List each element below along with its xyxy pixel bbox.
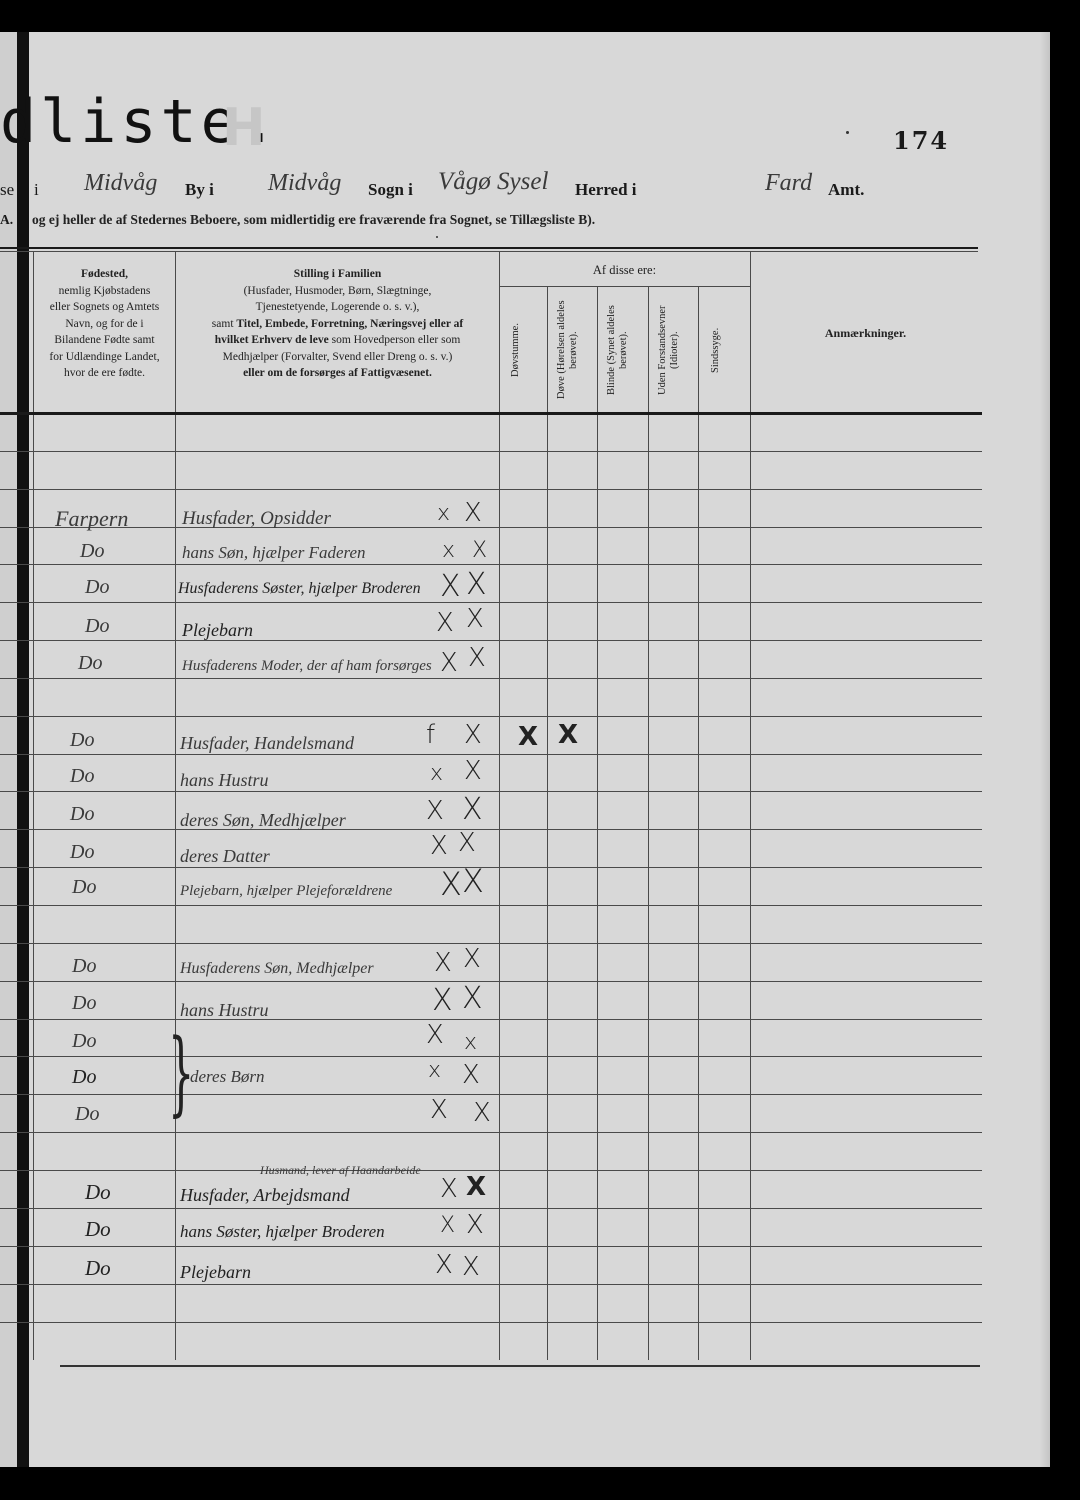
row-line	[0, 1322, 982, 1323]
bleed-through-letter: H	[222, 98, 266, 158]
header-deaf-mute: Døvstumme.	[510, 292, 538, 408]
position-cell: deres Søn, Medhjælper	[180, 810, 346, 831]
column-line	[698, 286, 699, 1360]
position-cell: hans Søster, hjælper Broderen	[180, 1222, 385, 1242]
header-position-text: som Hovedperson eller som	[329, 334, 461, 346]
mark-x: f	[426, 722, 435, 748]
column-line	[499, 252, 500, 1360]
birthplace-cell: Do	[70, 841, 94, 864]
column-line	[750, 252, 751, 1360]
position-cell-grouped: deres Børn	[190, 1067, 264, 1087]
header-birthplace-line: nemlig Kjøbstadens	[34, 283, 175, 300]
grouping-brace: }	[168, 1027, 194, 1119]
mark-x: X	[464, 722, 482, 748]
page-right-edge	[1040, 32, 1050, 1467]
row-line	[0, 791, 982, 792]
header-birthplace-title: Fødested,	[34, 266, 175, 283]
label-sogn: Sogn i	[368, 180, 413, 200]
header-birthplace-line: hvor de ere fødte.	[34, 365, 175, 382]
condition-mark-deaf-mute: X	[518, 724, 538, 750]
mark-x: X	[472, 540, 487, 562]
row-line	[0, 489, 982, 490]
birthplace-cell: Do	[70, 729, 94, 752]
header-position-line: Tjenestetyende, Logerende o. s. v.),	[176, 299, 499, 316]
mark-x: X	[435, 1252, 453, 1278]
mark-x: X	[466, 1212, 484, 1238]
birthplace-cell: Do	[78, 652, 102, 675]
row-line	[0, 527, 982, 528]
mark-x: X	[464, 500, 482, 526]
mark-x: X	[466, 1174, 486, 1200]
row-line	[0, 754, 982, 755]
row-line	[0, 1170, 982, 1171]
birthplace-cell: Do	[72, 1066, 96, 1089]
mark-x: X	[462, 795, 483, 825]
row-line	[0, 981, 982, 982]
header-rule-bottom	[0, 412, 982, 415]
birthplace-cell: Do	[85, 1180, 111, 1205]
row-line	[0, 1284, 982, 1285]
birthplace-cell: Do	[70, 765, 94, 788]
ink-dot	[846, 131, 849, 134]
district-handwritten: Vågø Sysel	[438, 168, 548, 196]
birthplace-cell: Do	[80, 540, 104, 563]
annotation-above: Husmand, lever af Haandarbeide	[260, 1163, 421, 1178]
row-line	[0, 451, 982, 452]
row-line	[0, 1208, 982, 1209]
mark-x: X	[426, 1022, 444, 1048]
row-line	[0, 943, 982, 944]
position-cell: Husfader, Opsidder	[182, 508, 331, 530]
header-position-bold: hvilket Erhverv de leve	[215, 334, 329, 346]
mark-x: X	[462, 1254, 480, 1280]
mark-x: x	[430, 763, 443, 785]
location-left-fragment: se	[0, 180, 14, 200]
row-line	[0, 867, 982, 868]
mark-x: X	[473, 1100, 491, 1126]
row-line	[0, 829, 982, 830]
row-line	[0, 678, 982, 679]
row-line	[0, 905, 982, 906]
mark-x: X	[466, 606, 484, 632]
position-cell: deres Datter	[180, 846, 270, 867]
header-birthplace-line: Navn, og for de i	[34, 316, 175, 333]
row-line	[0, 640, 982, 641]
birthplace-cell: Do	[85, 1256, 111, 1281]
birthplace-cell: Do	[85, 615, 109, 638]
parish-handwritten: Midvåg	[268, 170, 341, 197]
header-birthplace-line: Bilandene Fødte samt	[34, 332, 175, 349]
birthplace-cell: Farpern	[55, 506, 128, 532]
mark-x: X	[440, 650, 458, 676]
birthplace-cell: Do	[85, 576, 109, 599]
ink-dot	[436, 236, 438, 238]
header-position: Stilling i Familien (Husfader, Husmoder,…	[176, 266, 499, 382]
row-line	[0, 1019, 982, 1020]
header-birthplace-line: for Udlændinge Landet,	[34, 349, 175, 366]
mark-x: X	[458, 830, 476, 856]
row-line	[0, 1094, 982, 1095]
birthplace-cell: Do	[72, 876, 96, 899]
position-cell: Plejebarn	[182, 620, 253, 641]
position-cell: hans Hustru	[180, 1000, 269, 1021]
birthplace-cell: Do	[75, 1103, 99, 1126]
position-cell: hans Søn, hjælper Faderen	[182, 543, 366, 563]
mark-x: X	[462, 984, 483, 1014]
column-line	[648, 286, 649, 1360]
af-disse-ere-divider	[499, 286, 750, 287]
mark-x: X	[440, 1176, 458, 1202]
mark-x: X	[432, 986, 453, 1016]
mark-x: X	[462, 865, 484, 897]
column-line	[547, 286, 548, 1360]
mark-x: X	[436, 610, 454, 636]
table-bottom-rule	[60, 1365, 980, 1367]
header-position-title: Stilling i Familien	[176, 266, 499, 283]
row-line	[0, 1246, 982, 1247]
mark-x: x	[442, 540, 455, 562]
condition-mark-deaf: X	[558, 722, 578, 748]
mark-x: X	[440, 868, 462, 900]
position-cell: Plejebarn, hjælper Plejeforældrene	[180, 883, 392, 900]
header-af-disse-ere: Af disse ere:	[499, 262, 750, 279]
header-rule-top	[0, 247, 978, 249]
mark-x: x	[428, 1060, 441, 1082]
birthplace-cell: Do	[72, 1030, 96, 1053]
header-rule-top-inner	[0, 251, 978, 252]
town-handwritten: Midvåg	[84, 170, 157, 197]
header-position-line: Medhjælper (Forvalter, Svend eller Dreng…	[176, 349, 499, 366]
header-position-bold: Titel, Embede, Forretning, Næringsvej el…	[236, 318, 463, 330]
mark-x: X	[440, 1215, 455, 1237]
mark-x: X	[462, 1062, 480, 1088]
header-insane: Sindssyge.	[710, 292, 738, 408]
label-amt: Amt.	[828, 180, 864, 200]
header-remarks: Anmærkninger.	[751, 325, 980, 342]
label-herred: Herred i	[575, 180, 637, 200]
header-blind: Blinde (Synet aldeles berøvet).	[606, 292, 636, 408]
column-line	[175, 252, 176, 1360]
birthplace-cell: Do	[72, 955, 96, 978]
mark-x: X	[463, 946, 481, 972]
mark-x: x	[464, 1032, 477, 1054]
subline-instruction: og ej heller de af Stedernes Beboere, so…	[32, 212, 595, 228]
mark-x: X	[426, 798, 444, 824]
column-line	[33, 252, 34, 1360]
mark-x: X	[466, 570, 487, 600]
birthplace-cell: Do	[85, 1217, 111, 1242]
position-cell: Husfaderens Søn, Medhjælper	[180, 960, 374, 978]
position-cell: Husfaderens Søster, hjælper Broderen	[178, 580, 421, 598]
mark-x: X	[440, 572, 461, 602]
mark-x: X	[430, 833, 448, 859]
mark-x: X	[430, 1097, 448, 1123]
header-position-line: eller om de forsørges af Fattigvæsenet.	[176, 365, 499, 382]
label-by: By i	[185, 180, 214, 200]
header-position-line: (Husfader, Husmoder, Børn, Slægtninge,	[176, 283, 499, 300]
position-cell: Husfader, Handelsmand	[180, 733, 354, 754]
header-deaf: Døve (Hørelsen aldeles berøvet).	[556, 292, 586, 408]
birthplace-cell: Do	[70, 803, 94, 826]
column-line	[597, 286, 598, 1360]
header-birthplace-line: eller Sognets og Amtets	[34, 299, 175, 316]
row-line	[0, 1056, 982, 1057]
mark-x: X	[464, 758, 482, 784]
position-cell: Husfader, Arbejdsmand	[180, 1185, 350, 1206]
row-line	[0, 602, 982, 603]
birthplace-cell: Do	[72, 992, 96, 1015]
location-prep: i	[34, 180, 39, 200]
county-handwritten: Fard	[765, 170, 812, 197]
position-cell: hans Hustru	[180, 770, 269, 791]
header-position-text: samt	[212, 318, 237, 330]
row-line	[0, 564, 982, 565]
page-number: 174	[893, 126, 949, 155]
subline-left-fragment: A.	[0, 212, 13, 228]
position-cell: Husfaderens Moder, der af ham forsørges	[182, 658, 432, 675]
row-line	[0, 1132, 982, 1133]
row-line	[0, 716, 982, 717]
position-cell: Plejebarn	[180, 1262, 251, 1283]
header-birthplace: Fødested, nemlig Kjøbstadens eller Sogne…	[34, 266, 175, 382]
mark-x: X	[468, 645, 486, 671]
header-idiots: Uden Forstandsevner (Idioter).	[657, 292, 687, 408]
mark-x: x	[437, 503, 450, 525]
mark-x: X	[434, 950, 452, 976]
